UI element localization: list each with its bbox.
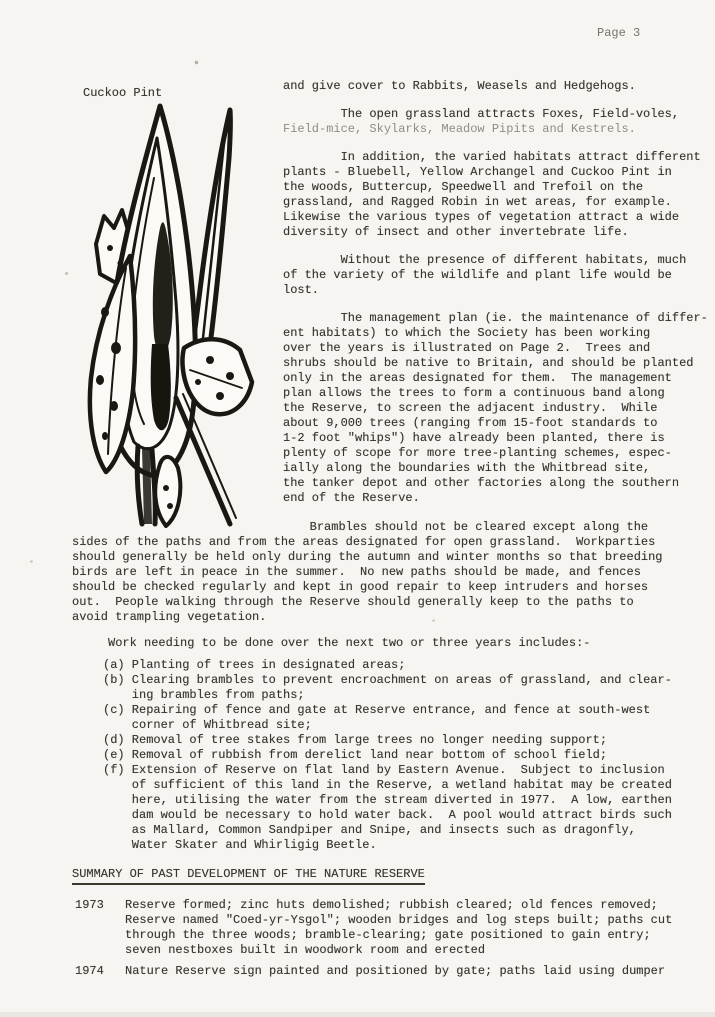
text-line: only in the areas designated for them. T… [283,371,708,386]
work-items-list: (a) Planting of trees in designated area… [103,658,672,853]
leaf-spot [163,485,169,491]
leaf-spot [216,392,224,400]
text-line: through the three woods; bramble-clearin… [125,928,672,943]
text-line: grassland, and Ragged Robin in wet areas… [283,195,708,210]
text-line: (b) Clearing brambles to prevent encroac… [103,673,672,688]
work-item-e: (e) Removal of rubbish from derelict lan… [103,748,672,763]
leaf-spot [111,342,121,354]
text-line: Work needing to be done over the next tw… [72,636,590,651]
right-col-paragraph: and give cover to Rabbits, Weasels and H… [283,79,708,94]
text-line: birds are left in peace in the summer. N… [72,565,663,580]
leaf-spot [102,432,108,440]
right-column: and give cover to Rabbits, Weasels and H… [283,79,708,519]
text-line: shrubs should be native to Britain, and … [283,356,708,371]
summary-section-heading: SUMMARY OF PAST DEVELOPMENT OF THE NATUR… [72,867,425,885]
text-line: Brambles should not be cleared except al… [72,520,663,535]
text-line: The open grassland attracts Foxes, Field… [283,107,708,122]
text-line: 1-2 foot "whips") have already been plan… [283,431,708,446]
text-line: of the variety of the wildlife and plant… [283,268,708,283]
text-line: plants - Bluebell, Yellow Archangel and … [283,165,708,180]
text-line: ially along the boundaries with the Whit… [283,461,708,476]
scan-speckles [0,0,1,1]
work-item-b: (b) Clearing brambles to prevent encroac… [103,673,672,703]
text-line: In addition, the varied habitats attract… [283,150,708,165]
leaf-spot [226,372,234,380]
leaf-spot [96,375,104,385]
text-line: as Mallard, Common Sandpiper and Snipe, … [103,823,672,838]
leaf-spot [107,245,113,251]
text-line: here, utilising the water from the strea… [103,793,672,808]
scanned-document-page: Page 3 Cuckoo Pint [0,0,715,1017]
cuckoo-pint-illustration [72,98,272,528]
right-col-paragraph: Without the presence of different habita… [283,253,708,298]
text-line: plenty of scope for more tree-planting s… [283,446,708,461]
brambles-paragraph: Brambles should not be cleared except al… [72,520,663,625]
text-line: seven nestboxes built in woodwork room a… [125,943,672,958]
work-intro-paragraph: Work needing to be done over the next tw… [72,636,590,651]
text-line: the Reserve, to screen the adjacent indu… [283,401,708,416]
text-line: Water Skater and Whirligig Beetle. [103,838,672,853]
text-line: ing brambles from paths; [103,688,672,703]
text-line: (a) Planting of trees in designated area… [103,658,672,673]
text-line: (c) Repairing of fence and gate at Reser… [103,703,672,718]
text-line: (f) Extension of Reserve on flat land by… [103,763,672,778]
text-line: Likewise the various types of vegetation… [283,210,708,225]
text-line: over the years is illustrated on Page 2.… [283,341,708,356]
text-line: avoid trampling vegetation. [72,610,663,625]
leaf-spot [110,401,118,411]
timeline-entry-1974: 1974 Nature Reserve sign painted and pos… [75,964,665,979]
text-line: dam would be necessary to hold water bac… [103,808,672,823]
text-line: (e) Removal of rubbish from derelict lan… [103,748,672,763]
spadix-lower [151,344,171,430]
text-line: the tanker depot and other factories alo… [283,476,708,491]
text-line: Reserve named "Coed-yr-Ysgol"; wooden br… [125,913,672,928]
timeline-year: 1974 [75,964,125,979]
work-item-a: (a) Planting of trees in designated area… [103,658,672,673]
text-line: diversity of insect and other invertebra… [283,225,708,240]
leaf-spot [195,379,201,385]
timeline-entry-1973: 1973 Reserve formed; zinc huts demolishe… [75,898,672,958]
text-line: lost. [283,283,708,298]
right-col-paragraph: The open grassland attracts Foxes, Field… [283,107,708,137]
text-line: end of the Reserve. [283,491,708,506]
timeline-year: 1973 [75,898,125,958]
leaf-spot [206,356,214,364]
text-line: sides of the paths and from the areas de… [72,535,663,550]
leaf-spot [101,307,109,317]
text-line: Reserve formed; zinc huts demolished; ru… [125,898,672,913]
text-line: about 9,000 trees (ranging from 15-foot … [283,416,708,431]
leaf-spot [167,503,173,509]
text-line: should generally be held only during the… [72,550,663,565]
text-line: plan allows the trees to form a continuo… [283,386,708,401]
stem-diagonal [176,398,230,524]
text-line: (d) Removal of tree stakes from large tr… [103,733,672,748]
text-line: Field-mice, Skylarks, Meadow Pipits and … [283,122,708,137]
right-col-paragraph: In addition, the varied habitats attract… [283,150,708,240]
text-line: should be checked regularly and kept in … [72,580,663,595]
text-line: and give cover to Rabbits, Weasels and H… [283,79,708,94]
scan-bottom-edge [0,1012,715,1017]
page-number: Page 3 [597,26,640,41]
text-line: The management plan (ie. the maintenance… [283,311,708,326]
work-item-c: (c) Repairing of fence and gate at Reser… [103,703,672,733]
timeline-entry-text: Nature Reserve sign painted and position… [125,964,665,979]
work-item-f: (f) Extension of Reserve on flat land by… [103,763,672,853]
right-col-paragraph: The management plan (ie. the maintenance… [283,311,708,506]
text-line: corner of Whitbread site; [103,718,672,733]
text-line: ent habitats) to which the Society has b… [283,326,708,341]
bottom-leaf [155,457,180,526]
summary-heading-text: SUMMARY OF PAST DEVELOPMENT OF THE NATUR… [72,867,425,885]
text-line: the woods, Buttercup, Speedwell and Tref… [283,180,708,195]
text-line: Nature Reserve sign painted and position… [125,964,665,979]
work-item-d: (d) Removal of tree stakes from large tr… [103,733,672,748]
timeline-entry-text: Reserve formed; zinc huts demolished; ru… [125,898,672,958]
text-line: of sufficient of this land in the Reserv… [103,778,672,793]
text-line: Without the presence of different habita… [283,253,708,268]
text-line: out. People walking through the Reserve … [72,595,663,610]
